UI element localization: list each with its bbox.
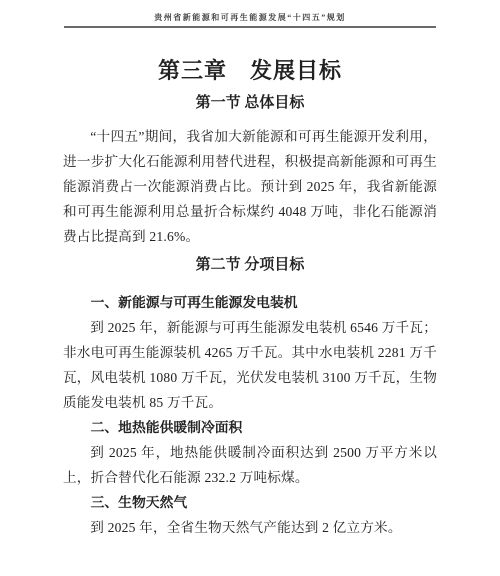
document-page: 贵州省新能源和可再生能源发展“十四五”规划 第三章 发展目标 第一节 总体目标 … — [0, 0, 500, 576]
subsection-2-heading: 二、地热能供暖制冷面积 — [63, 415, 437, 440]
subsection-1-heading: 一、新能源与可再生能源发电装机 — [63, 290, 437, 315]
section-1-title: 第一节 总体目标 — [63, 94, 437, 113]
subsection-3-paragraph: 到 2025 年，全省生物天然气产能达到 2 亿立方米。 — [63, 515, 437, 540]
page-header: 贵州省新能源和可再生能源发展“十四五”规划 — [64, 12, 436, 28]
running-header-title: 贵州省新能源和可再生能源发展“十四五”规划 — [154, 13, 346, 22]
chapter-title: 第三章 发展目标 — [63, 57, 437, 84]
section-2-title: 第二节 分项目标 — [63, 256, 437, 275]
subsection-3-heading: 三、生物天然气 — [63, 490, 437, 515]
section-1-paragraph: “十四五”期间，我省加大新能源和可再生能源开发利用，进一步扩大化石能源利用替代进… — [63, 124, 437, 249]
page-content: 第三章 发展目标 第一节 总体目标 “十四五”期间，我省加大新能源和可再生能源开… — [63, 57, 437, 540]
subsection-2-paragraph: 到 2025 年，地热能供暖制冷面积达到 2500 万平方米以上，折合替代化石能… — [63, 440, 437, 490]
subsection-1-paragraph: 到 2025 年，新能源与可再生能源发电装机 6546 万千瓦；非水电可再生能源… — [63, 315, 437, 415]
